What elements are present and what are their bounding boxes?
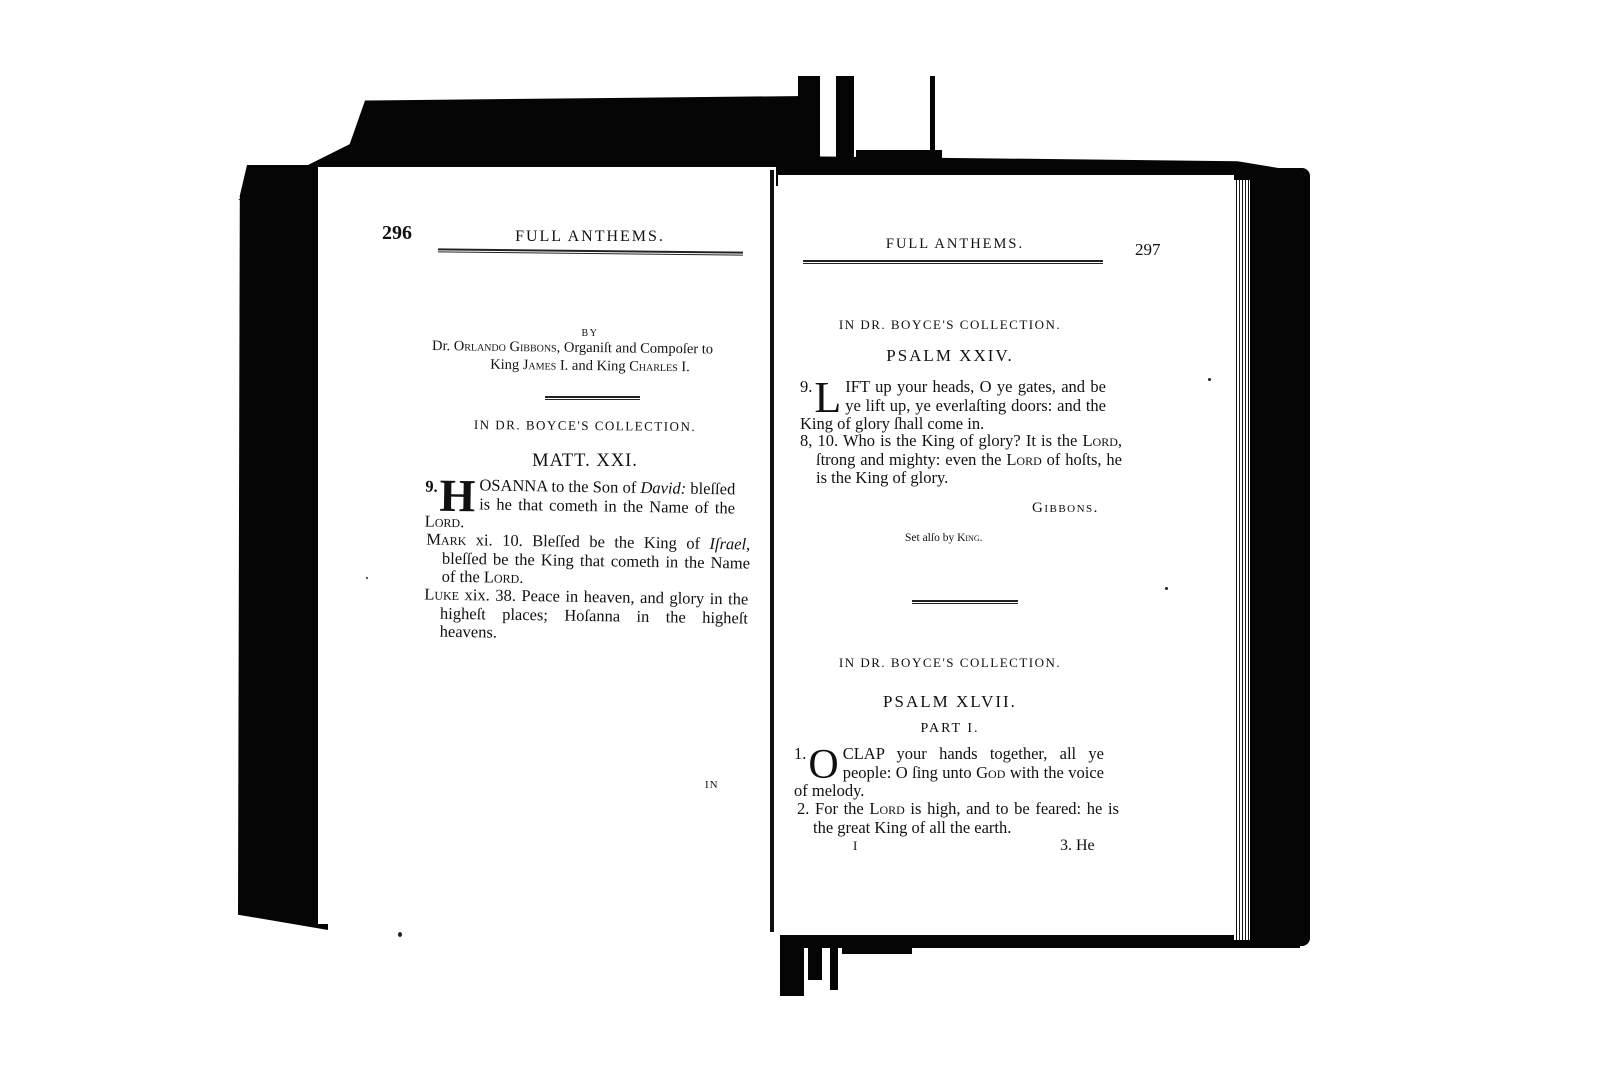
attr2-mid: I. and King xyxy=(556,358,629,375)
left-verse-9: 9. H OSANNA to the Son of David: bleſſed… xyxy=(425,476,736,536)
composer-credit: Gibbons. xyxy=(1032,500,1099,517)
composer-name: Orlando Gibbons xyxy=(454,338,557,355)
scan-speck xyxy=(1165,587,1168,590)
verse-number: 9. xyxy=(800,378,812,397)
verse-text: IFT up your heads, O ye gates, and be ye… xyxy=(800,377,1106,433)
spine-bottom-strip2 xyxy=(830,940,838,990)
verse-number: 1. xyxy=(794,745,806,764)
lord-smallcaps: Lord xyxy=(1006,450,1041,469)
right-collection-heading-1: IN DR. BOYCE'S COLLECTION. xyxy=(805,317,1095,333)
lord-smallcaps: Lord xyxy=(869,799,904,818)
verse-number: 2. xyxy=(797,799,809,818)
left-running-head: FULL ANTHEMS. xyxy=(440,228,740,246)
verse-italic: Iſrael, xyxy=(709,534,750,554)
right-verse-8-10: 8, 10. Who is the King of glory? It is t… xyxy=(800,432,1122,488)
spine-bottom-strip xyxy=(808,940,822,980)
right-catchword: 3. He xyxy=(1060,837,1095,855)
god-smallcaps: God xyxy=(976,763,1005,782)
lord-smallcaps: Lord xyxy=(484,567,520,587)
right-verse-9: 9. L IFT up your heads, O ye gates, and … xyxy=(800,378,1106,434)
attribution-line2: King James I. and King Charles I. xyxy=(440,356,740,377)
part-heading: PART I. xyxy=(805,721,1095,737)
right-page-number: 297 xyxy=(1135,240,1161,260)
attr2-suffix: I. xyxy=(678,359,690,375)
set-also-text: Set alſo by xyxy=(905,532,957,544)
attr-prefix: Dr. xyxy=(432,338,454,354)
scan-speck xyxy=(1208,378,1211,381)
verse-text: Who is the King of glory? It is the xyxy=(838,431,1082,450)
gutter-line xyxy=(770,170,774,932)
right-anthem-title-2: PSALM XLVII. xyxy=(805,692,1095,712)
verse-text: For the xyxy=(809,799,869,818)
drop-cap-l: L xyxy=(814,380,841,416)
spine-top-line xyxy=(930,76,935,156)
king-james: James xyxy=(523,357,557,373)
left-verse-luke: Luke xix. 38. Peace in heaven, and glory… xyxy=(424,585,749,646)
drop-cap-o: O xyxy=(808,747,838,783)
set-also-end: . xyxy=(980,532,983,544)
right-verse-2: 2. For the Lord is high, and to be feare… xyxy=(797,800,1119,837)
right-anthem-title-1: PSALM XXIV. xyxy=(805,346,1095,366)
attribution-by: BY xyxy=(440,328,740,339)
ref-mark: Mark xyxy=(426,529,466,549)
right-divider-rule xyxy=(912,600,1018,604)
king-charles: Charles xyxy=(629,358,678,375)
right-verse-1: 1. O CLAP your hands together, all ye pe… xyxy=(794,745,1104,801)
ref-number: xix. 38. xyxy=(459,585,516,605)
drop-cap-h: H xyxy=(439,478,475,515)
verse-number: 8, 10. xyxy=(800,431,838,450)
right-cover-side xyxy=(1248,168,1310,946)
verse-number: 9. xyxy=(425,478,438,497)
verse-end: . xyxy=(460,512,464,531)
scan-speck xyxy=(366,577,368,579)
left-divider-rule xyxy=(545,396,640,400)
ref-number: xi. 10. xyxy=(466,530,523,550)
attr2-prefix: King xyxy=(490,357,523,373)
scan-speck xyxy=(398,932,402,937)
left-collection-heading: IN DR. BOYCE'S COLLECTION. xyxy=(440,417,730,436)
set-also-note: Set alſo by King. xyxy=(905,532,982,544)
signature-mark: I xyxy=(853,838,857,854)
spine-top-strip xyxy=(836,76,854,158)
page-edges xyxy=(1234,180,1250,940)
lord-smallcaps: Lord xyxy=(425,512,461,532)
right-head-rule xyxy=(803,260,1103,264)
left-catchword: IN xyxy=(705,779,719,791)
ref-luke: Luke xyxy=(424,584,459,604)
verse-end: . xyxy=(519,568,523,587)
right-running-head: FULL ANTHEMS. xyxy=(805,236,1105,253)
left-anthem-title: MATT. XXI. xyxy=(440,451,730,472)
set-also-name: King xyxy=(957,532,980,544)
attr-suffix: , Organiſt and Compoſer to xyxy=(557,340,714,358)
right-collection-heading-2: IN DR. BOYCE'S COLLECTION. xyxy=(805,655,1095,671)
verse-italic: David: xyxy=(640,478,686,498)
spine-bottom-block xyxy=(780,940,804,996)
left-page-number: 296 xyxy=(382,222,412,245)
left-cover-side xyxy=(238,165,328,930)
left-verse-mark: Mark xi. 10. Bleſſed be the King of Iſra… xyxy=(426,530,751,591)
lord-smallcaps: Lord xyxy=(1082,431,1117,450)
spine-bottom-strip3 xyxy=(842,940,912,954)
